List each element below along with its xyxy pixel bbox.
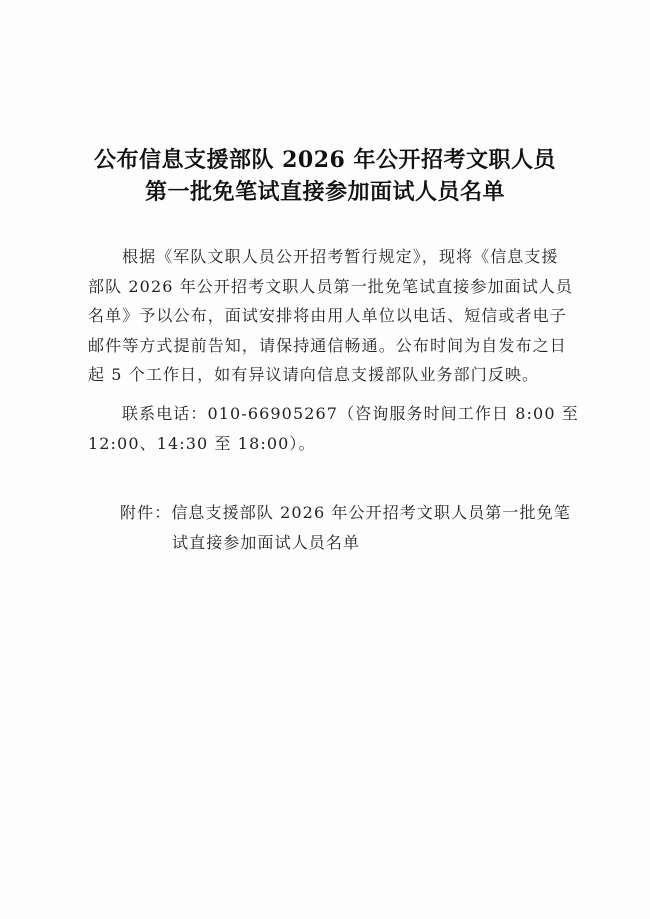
paragraph-line: 邮件等方式提前告知，请保持通信畅通。公布时间为自发布之日 xyxy=(88,331,570,361)
contact-hours-line: 12:00、14:30 至 18:00）。 xyxy=(88,429,570,459)
document-title: 公布信息支援部队 2026 年公开招考文职人员 第一批免笔试直接参加面试人员名单 xyxy=(0,144,650,208)
attachment-line-1: 附件：信息支援部队 2026 年公开招考文职人员第一批免笔 xyxy=(120,498,580,528)
title-line-2: 第一批免笔试直接参加面试人员名单 xyxy=(0,176,650,208)
paragraph-line: 部队 2026 年公开招考文职人员第一批免笔试直接参加面试人员 xyxy=(88,272,570,302)
attachment-line-2: 试直接参加面试人员名单 xyxy=(120,528,580,558)
document-page: 公布信息支援部队 2026 年公开招考文职人员 第一批免笔试直接参加面试人员名单… xyxy=(0,0,650,919)
paragraph-line: 名单》予以公布，面试安排将由用人单位以电话、短信或者电子 xyxy=(88,301,570,331)
paragraph-line: 起 5 个工作日，如有异议请向信息支援部队业务部门反映。 xyxy=(88,360,570,390)
announcement-paragraph: 根据《军队文职人员公开招考暂行规定》，现将《信息支援 部队 2026 年公开招考… xyxy=(88,242,570,390)
title-line-1: 公布信息支援部队 2026 年公开招考文职人员 xyxy=(0,144,650,176)
attachment-title: 信息支援部队 2026 年公开招考文职人员第一批免笔 xyxy=(171,503,571,522)
paragraph-line: 根据《军队文职人员公开招考暂行规定》，现将《信息支援 xyxy=(88,242,570,272)
contact-phone-line: 联系电话：010-66905267（咨询服务时间工作日 8:00 至 xyxy=(88,399,570,429)
attachment-note: 附件：信息支援部队 2026 年公开招考文职人员第一批免笔 试直接参加面试人员名… xyxy=(120,498,580,557)
contact-paragraph: 联系电话：010-66905267（咨询服务时间工作日 8:00 至 12:00… xyxy=(88,399,570,458)
attachment-label: 附件： xyxy=(120,503,171,522)
